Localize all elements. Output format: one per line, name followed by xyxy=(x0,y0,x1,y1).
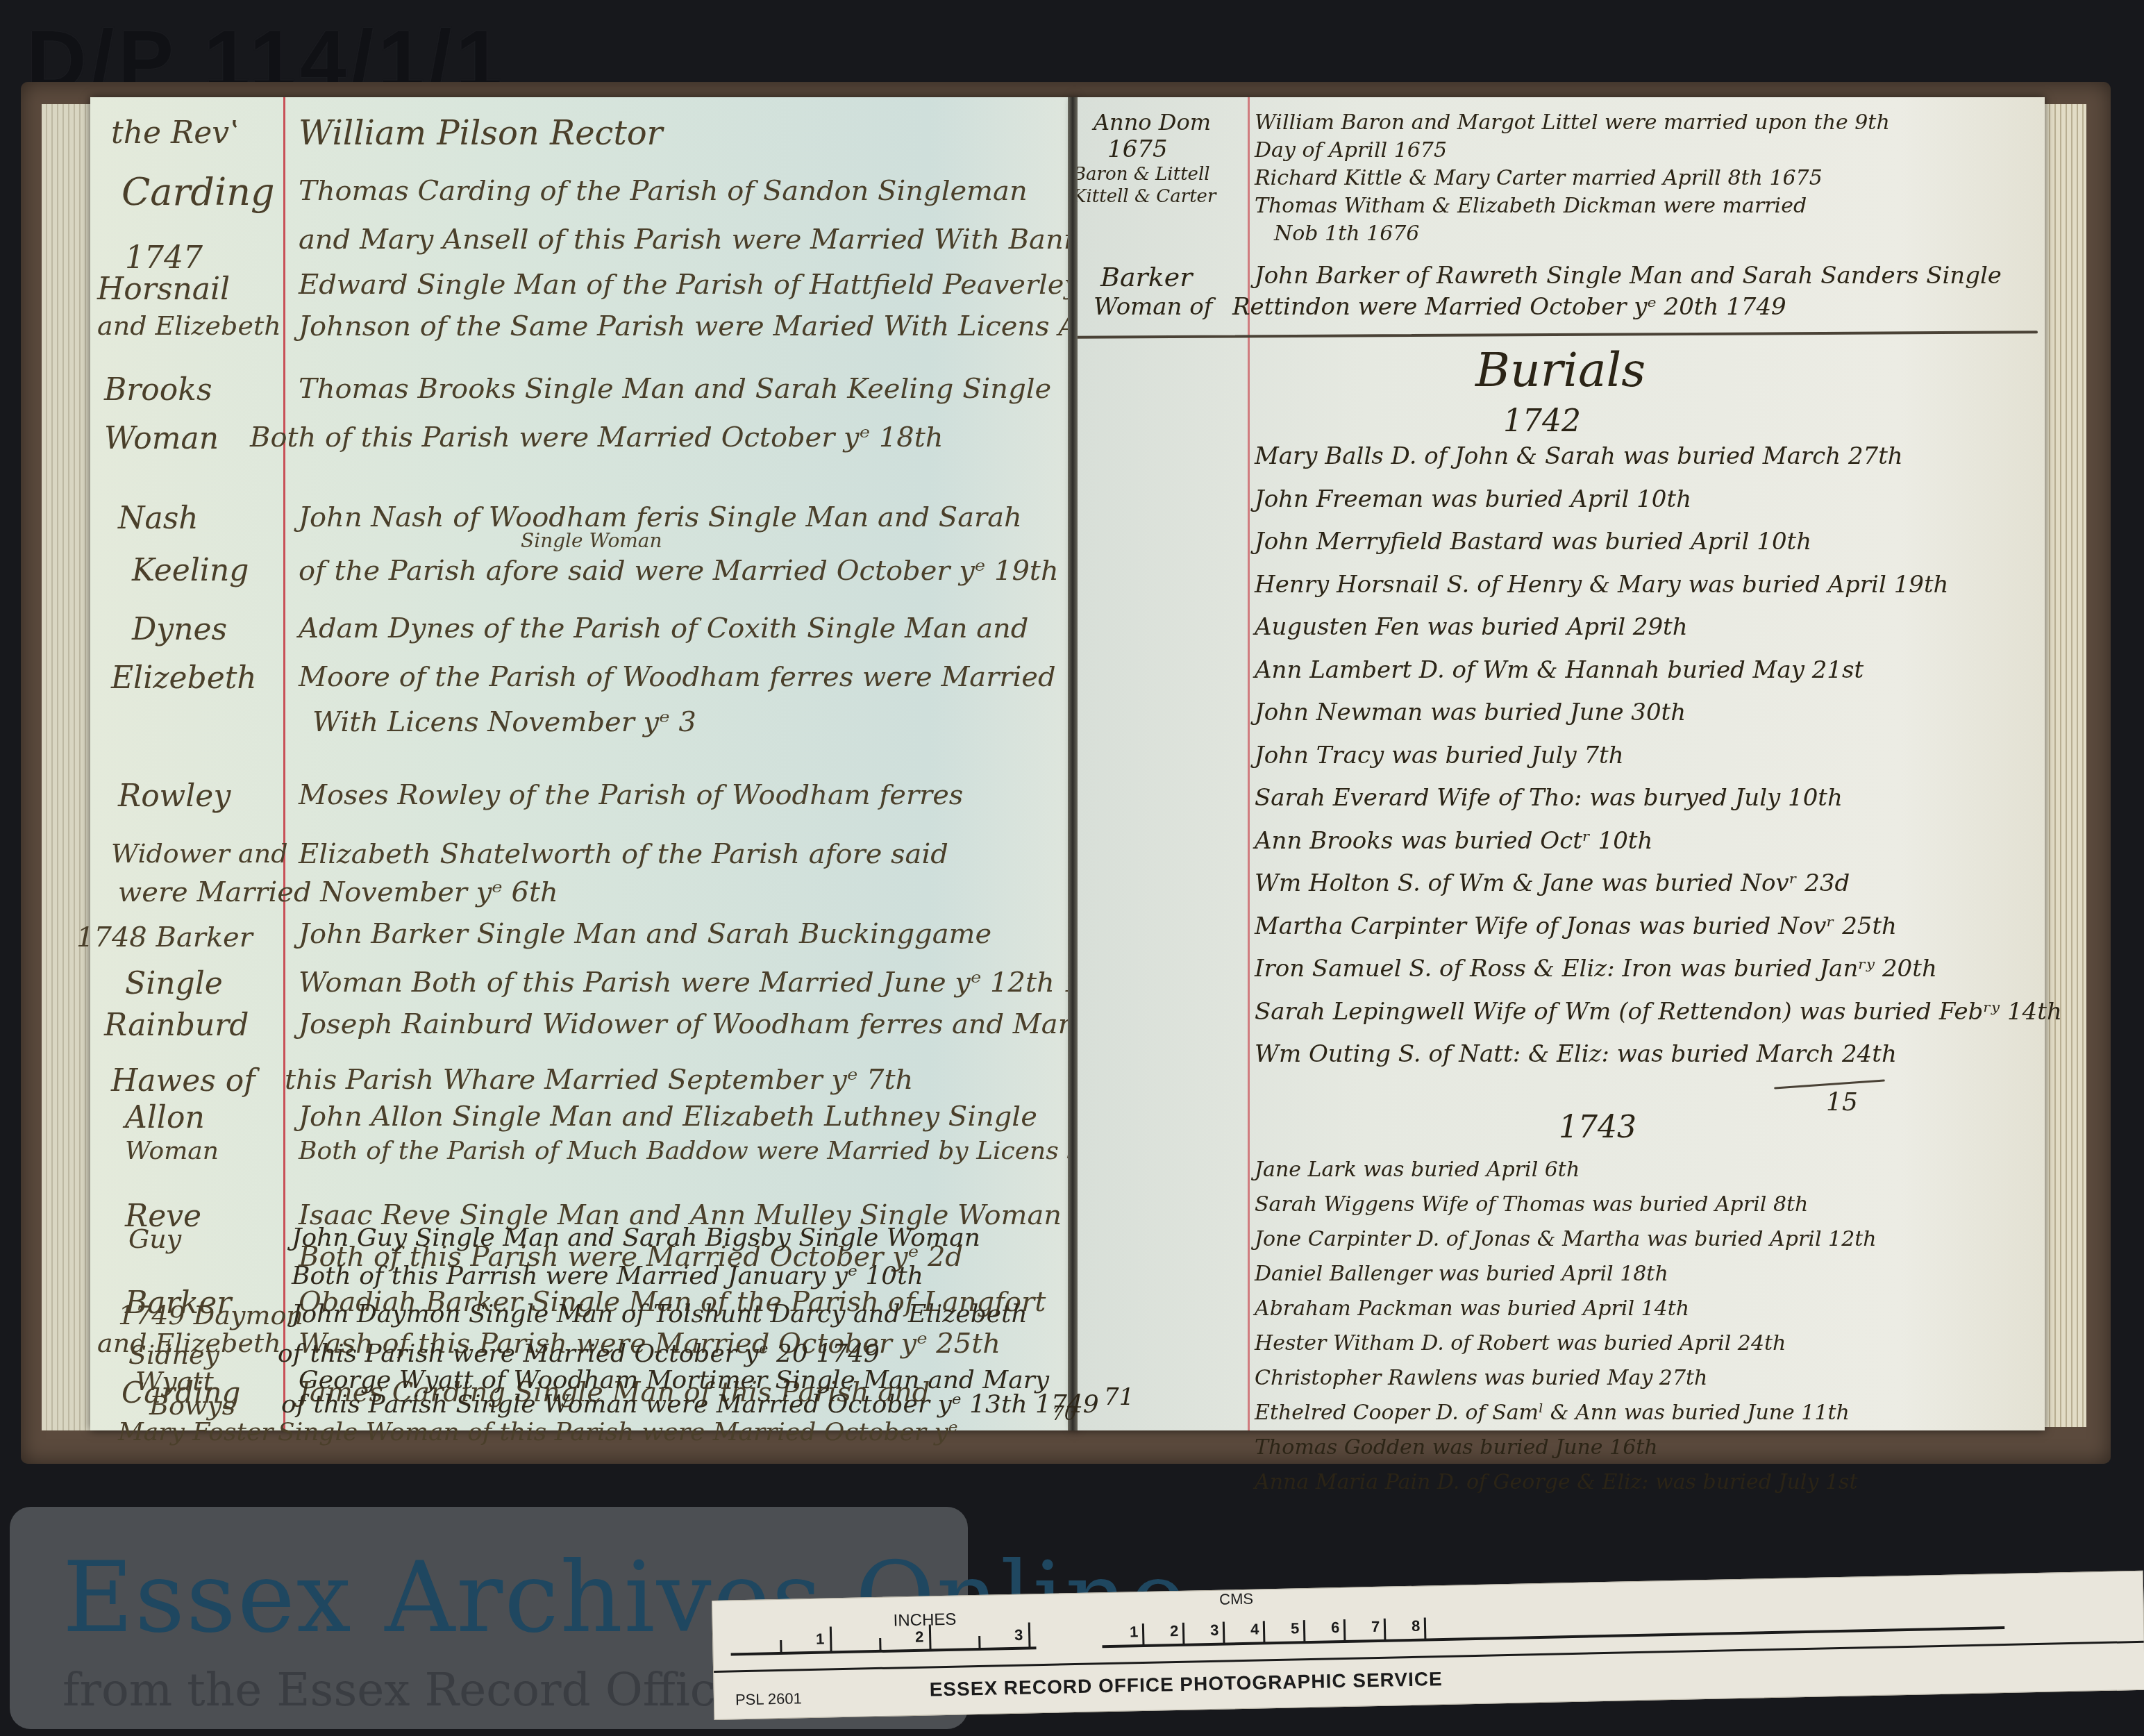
entry-line: Richard Kittle & Mary Carter married Apr… xyxy=(1255,168,1823,189)
ruler-half-tick xyxy=(780,1640,782,1654)
entry-line: Moore of the Parish of Woodham ferres we… xyxy=(299,663,1056,691)
margin-note: Anno Dom xyxy=(1094,111,1211,133)
margin-surname: 1749 Daymon xyxy=(118,1302,303,1328)
margin-rule xyxy=(283,97,285,1430)
margin-surname: Rainburd xyxy=(104,1010,249,1041)
entry-line: Day of Aprill 1675 xyxy=(1255,140,1447,161)
burial-entry: Jone Carpinter D. of Jonas & Martha was … xyxy=(1255,1229,1877,1250)
margin-year: 1675 xyxy=(1107,137,1168,161)
margin-surname: Brooks xyxy=(104,375,212,406)
ruler-tick-label: 5 xyxy=(1291,1619,1300,1637)
burial-entry: Hester Witham D. of Robert was buried Ap… xyxy=(1255,1333,1786,1354)
entry-line: John Nash of Woodham feris Single Man an… xyxy=(299,503,1022,531)
margin-note: Kittell & Carter xyxy=(1073,187,1216,206)
ruler-tick-label: 1 xyxy=(1130,1623,1139,1641)
ruler-tick xyxy=(1303,1620,1306,1643)
margin-surname: Sidney xyxy=(128,1342,219,1368)
ruler-cms-label: CMS xyxy=(1219,1590,1253,1609)
entry-line: Woman Both of this Parish were Married J… xyxy=(299,969,1134,996)
interlinear-insert: Single Woman xyxy=(521,531,662,551)
entry-line: Nob 1th 1676 xyxy=(1274,224,1419,244)
burial-entry: Ann Brooks was buried Octʳ 10th xyxy=(1255,829,1652,853)
year-heading: 1743 xyxy=(1559,1112,1636,1143)
ruler-tick xyxy=(1424,1617,1427,1640)
ruler-tick xyxy=(1343,1619,1346,1642)
entry-line: Both of this Parrish were Married Januar… xyxy=(292,1264,923,1289)
ruler-tick-label: 1 xyxy=(816,1630,825,1649)
burial-entry: Anna Maria Pain D. of George & Eliz: was… xyxy=(1255,1472,1857,1493)
left-page-edges xyxy=(42,104,92,1430)
entry-line: of this Parish Single Woman were Married… xyxy=(281,1392,1099,1417)
entry-line: Both of this Parish were Married October… xyxy=(250,424,944,451)
burial-entry: John Tracy was buried July 7th xyxy=(1255,744,1624,767)
folio-number: 70 xyxy=(1052,1404,1077,1424)
margin-surname: Guy xyxy=(128,1226,181,1252)
right-page-edges xyxy=(2045,104,2086,1427)
burial-entry: Iron Samuel S. of Ross & Eliz: Iron was … xyxy=(1255,957,1937,980)
section-divider xyxy=(1073,331,2038,338)
ruler-service-label: ESSEX RECORD OFFICE PHOTOGRAPHIC SERVICE xyxy=(929,1668,1443,1701)
folio-number: 71 xyxy=(1104,1385,1134,1409)
burial-entry: Jane Lark was buried April 6th xyxy=(1255,1160,1580,1180)
burials-heading: Burials xyxy=(1475,347,1645,394)
entry-line: William Baron and Margot Littel were mar… xyxy=(1255,112,1890,133)
entry-line: of the Parish afore said were Married Oc… xyxy=(299,557,1059,585)
ruler-tick xyxy=(1263,1621,1266,1644)
entry-line: John Guy Single Man and Sarah Bigsby Sin… xyxy=(292,1226,980,1251)
rector-header: William Pilson Rector xyxy=(299,117,663,150)
entry-line: Thomas Carding of the Parish of Sandon S… xyxy=(299,177,1028,205)
margin-surname: Carding xyxy=(122,174,275,211)
entry-line: George Wyatt of Woodham Mortimer Single … xyxy=(299,1368,1049,1393)
burial-entry: John Freeman was buried April 10th xyxy=(1255,487,1691,511)
margin-note: Woman xyxy=(104,424,219,454)
entry-line: Both of the Parish of Much Baddow were M… xyxy=(299,1139,1186,1164)
margin-note: Single xyxy=(125,969,223,999)
ruler-cm-scale xyxy=(1102,1626,2004,1648)
entry-line: John Barker of Rawreth Single Man and Sa… xyxy=(1255,264,2002,287)
margin-surname: Barker xyxy=(1100,264,1192,290)
entry-line: John Daymon Single Man of Tolshunt Darcy… xyxy=(292,1302,1028,1327)
margin-year-surname: 1748 Barker xyxy=(76,924,253,951)
entry-line: Edward Single Man of the Parish of Hattf… xyxy=(299,271,1080,299)
burial-entry: Daniel Ballenger was buried April 18th xyxy=(1255,1264,1668,1285)
entry-line: Single Woman of this Parish were Married… xyxy=(278,1420,958,1445)
margin-surname: Rowley xyxy=(118,781,231,812)
burial-entry: Sarah Everard Wife of Tho: was buryed Ju… xyxy=(1255,786,1843,810)
ruler-tick-label: 2 xyxy=(1170,1622,1179,1640)
entry-line: Adam Dynes of the Parish of Coxith Singl… xyxy=(299,615,1028,642)
margin-surname: Allon xyxy=(125,1103,205,1133)
ruler-tick xyxy=(1028,1622,1031,1649)
burial-entry: Ann Lambert D. of Wm & Hannah buried May… xyxy=(1255,658,1864,682)
margin-note: Woman xyxy=(125,1139,219,1164)
burial-entry: Augusten Fen was buried April 29th xyxy=(1255,615,1688,639)
ruler-tick-label: 2 xyxy=(915,1628,924,1646)
entry-line: Elizabeth Shatelworth of the Parish afor… xyxy=(299,840,948,868)
ruler-code: PSL 2601 xyxy=(735,1689,802,1709)
right-page: Anno Dom 1675 Baron & Littell Kittell & … xyxy=(1073,97,2045,1430)
ruler-tick xyxy=(1182,1623,1185,1646)
ruler-inch-scale xyxy=(731,1646,1037,1655)
ruler-tick-label: 7 xyxy=(1371,1618,1380,1636)
entry-line: John Allon Single Man and Elizabeth Luth… xyxy=(299,1103,1037,1130)
burial-entry: Thomas Godden was buried June 16th xyxy=(1255,1437,1658,1458)
burial-entry: Mary Balls D. of John & Sarah was buried… xyxy=(1255,444,1903,468)
burial-entry: Christopher Rawlens was buried May 27th xyxy=(1255,1368,1707,1389)
margin-surname: Bowys xyxy=(149,1392,235,1419)
burial-entry: Henry Horsnail S. of Henry & Mary was bu… xyxy=(1255,573,1948,596)
ruler-tick-label: 3 xyxy=(1210,1621,1219,1639)
margin-note: Baron & Littell xyxy=(1073,165,1210,183)
tally-count: 15 xyxy=(1826,1090,1858,1115)
burial-entry: Abraham Packman was buried April 14th xyxy=(1255,1299,1689,1319)
ruler-inches-label: INCHES xyxy=(893,1610,956,1631)
ruler-tick xyxy=(1142,1624,1145,1646)
watermark-subtitle: from the Essex Record Office xyxy=(62,1663,743,1717)
margin-surname: Hawes of xyxy=(111,1066,256,1096)
ruler-tick xyxy=(1223,1622,1225,1645)
margin-note: and Elizebeth xyxy=(97,312,281,339)
ruler-half-tick xyxy=(879,1638,881,1652)
entry-line: John Barker Single Man and Sarah Bucking… xyxy=(299,920,991,948)
entry-line: Moses Rowley of the Parish of Woodham fe… xyxy=(299,781,963,809)
entry-line: were Married November yᵉ 6th xyxy=(118,878,558,906)
burial-entry: Sarah Lepingwell Wife of Wm (of Rettendo… xyxy=(1255,1000,2062,1024)
entry-line: of this Parish were Married October yᵉ 2… xyxy=(278,1342,880,1367)
burial-entry: Wm Holton S. of Wm & Jane was buried Nov… xyxy=(1255,871,1850,895)
ruler-tick xyxy=(830,1626,832,1653)
burial-entry: Wm Outing S. of Natt: & Eliz: was buried… xyxy=(1255,1042,1897,1066)
entry-line: With Licens November yᵉ 3 xyxy=(312,708,696,736)
burial-entry: John Newman was buried June 30th xyxy=(1255,701,1686,724)
ruler-half-tick xyxy=(978,1636,980,1650)
burial-entry: John Merryfield Bastard was buried April… xyxy=(1255,530,1811,553)
ruler-tick-label: 4 xyxy=(1250,1621,1259,1639)
burial-entry: Martha Carpinter Wife of Jonas was burie… xyxy=(1255,915,1897,938)
margin-note: Elizebeth xyxy=(111,663,257,694)
year-heading: 1742 xyxy=(1503,406,1581,437)
margin-note: Widower and xyxy=(111,840,287,867)
margin-surname: Keeling xyxy=(132,556,249,586)
ruler-tick xyxy=(1384,1619,1387,1642)
margin-year: 1747 xyxy=(125,243,203,274)
entry-line: Thomas Witham & Elizabeth Dickman were m… xyxy=(1255,196,1807,217)
margin-surname: Nash xyxy=(118,503,199,534)
burial-entry: Sarah Wiggens Wife of Thomas was buried … xyxy=(1255,1194,1808,1215)
burial-entry: Ethelred Cooper D. of Samˡ & Ann was bur… xyxy=(1255,1403,1850,1424)
entry-line: Rettindon were Married October yᵉ 20th 1… xyxy=(1232,295,1786,319)
entry-line: Joseph Rainburd Widower of Woodham ferre… xyxy=(299,1010,1087,1038)
entry-line: this Parish Whare Married September yᵉ 7… xyxy=(285,1066,913,1094)
margin-note: Mary Foster xyxy=(118,1420,273,1445)
margin-note: the Revʽ xyxy=(111,118,239,149)
ruler-tick-label: 6 xyxy=(1331,1619,1340,1637)
entry-line: Thomas Brooks Single Man and Sarah Keeli… xyxy=(299,375,1051,403)
ruler-tick-label: 3 xyxy=(1014,1626,1023,1644)
margin-surname: Dynes xyxy=(132,615,227,645)
margin-surname: Horsnail xyxy=(97,274,230,305)
margin-note: Woman of xyxy=(1094,295,1212,319)
ruler-tick-label: 8 xyxy=(1412,1617,1421,1635)
book-gutter xyxy=(1068,97,1078,1430)
